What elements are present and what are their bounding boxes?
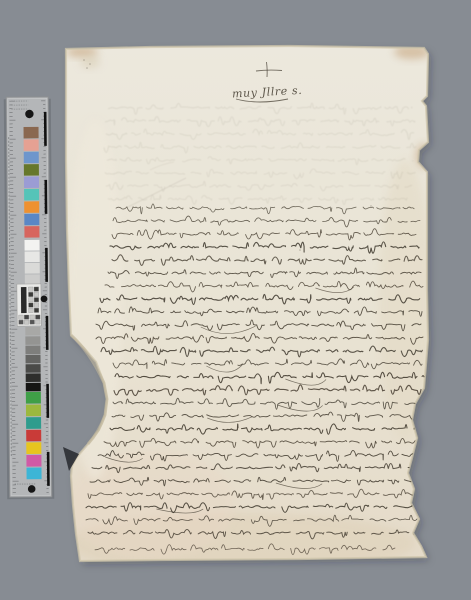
strip-black-bar — [46, 384, 49, 418]
color-patch — [24, 127, 39, 139]
strip-label-cell — [28, 292, 33, 296]
strip-label-cell — [29, 298, 34, 302]
strip-label-cell — [36, 320, 41, 324]
grayscale-patch — [25, 336, 40, 345]
strip-label-cell — [19, 315, 24, 319]
grayscale-patch — [26, 373, 41, 382]
color-patch — [26, 417, 41, 429]
strip-label-cell — [24, 315, 29, 319]
strip-label-cell — [34, 298, 39, 302]
strip-label-cell — [24, 320, 29, 324]
registration-dot-icon — [25, 110, 33, 118]
registration-dot-icon — [28, 485, 36, 493]
strip-label-cell — [19, 320, 24, 324]
ink-speck — [86, 67, 88, 69]
ink-speck — [89, 63, 91, 65]
grayscale-patch — [26, 355, 41, 364]
grayscale-patch — [26, 383, 41, 392]
strip-black-bar — [46, 316, 49, 350]
ink-speck — [370, 205, 372, 207]
strip-label-cell — [28, 287, 33, 291]
strip-black-bar — [47, 452, 50, 486]
strip-label-cell — [34, 308, 39, 312]
color-patch — [26, 467, 41, 479]
strip-black-bar — [44, 180, 47, 214]
paper-stain — [80, 56, 100, 68]
color-patch — [26, 392, 41, 404]
color-patch — [24, 177, 39, 189]
grayscale-patch — [25, 346, 40, 355]
strip-label-cell — [29, 303, 34, 307]
color-calibration-strip — [4, 97, 55, 499]
grayscale-patch — [25, 240, 40, 251]
strip-label-cell — [30, 320, 35, 324]
ink-speck — [83, 59, 85, 61]
color-patch — [26, 430, 41, 442]
color-patch — [24, 226, 39, 238]
color-patch — [26, 404, 41, 416]
strip-label-cell — [35, 315, 40, 319]
strip-label-cell — [34, 287, 39, 291]
strip-black-bar — [45, 248, 48, 282]
color-patch — [24, 164, 39, 176]
strip-label-bar — [21, 287, 27, 313]
color-patch — [26, 455, 41, 467]
strip-label-cell — [30, 315, 35, 319]
grayscale-patch — [25, 263, 40, 274]
registration-dot-icon — [41, 295, 48, 302]
grayscale-patch — [25, 251, 40, 262]
grayscale-patch — [26, 364, 41, 373]
ink-speck — [119, 299, 121, 301]
color-patch — [24, 152, 39, 164]
ink-speck — [299, 249, 301, 251]
grayscale-patch — [25, 327, 40, 336]
strip-black-bar — [44, 112, 47, 146]
color-patch — [24, 201, 39, 213]
strip-label-cell — [29, 308, 34, 312]
color-patch — [24, 139, 39, 151]
archive-photo-stage: muy Jllre s. — [0, 0, 471, 600]
archive-photo: muy Jllre s. — [0, 0, 471, 600]
strip-label-cell — [34, 292, 39, 296]
color-patch — [24, 189, 39, 201]
color-patch — [24, 214, 39, 226]
color-patch — [26, 442, 41, 454]
grayscale-patch — [25, 274, 40, 285]
strip-label-cell — [34, 303, 39, 307]
